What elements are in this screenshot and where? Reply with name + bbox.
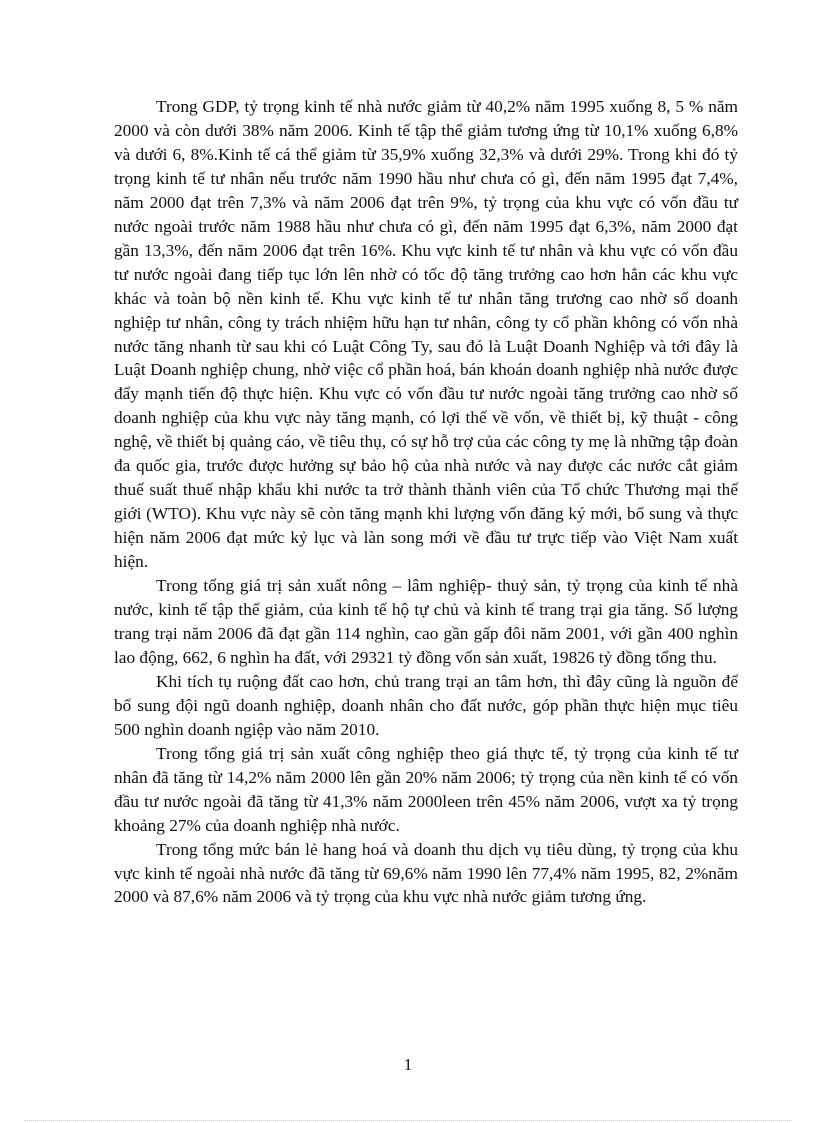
page-number: 1 bbox=[0, 1055, 816, 1075]
body-text: Trong GDP, tỷ trọng kinh tế nhà nước giả… bbox=[114, 95, 738, 909]
document-page: Trong GDP, tỷ trọng kinh tế nhà nước giả… bbox=[0, 0, 816, 1123]
paragraph-retail: Trong tổng mức bán lẻ hang hoá và doanh … bbox=[114, 838, 738, 910]
paragraph-land-accumulation: Khi tích tụ ruộng đất cao hơn, chủ trang… bbox=[114, 670, 738, 742]
page-boundary-divider bbox=[24, 1120, 792, 1121]
paragraph-gdp-share: Trong GDP, tỷ trọng kinh tế nhà nước giả… bbox=[114, 95, 738, 574]
paragraph-agriculture: Trong tổng giá trị sản xuất nông – lâm n… bbox=[114, 574, 738, 670]
paragraph-industry: Trong tổng giá trị sản xuất công nghiệp … bbox=[114, 742, 738, 838]
